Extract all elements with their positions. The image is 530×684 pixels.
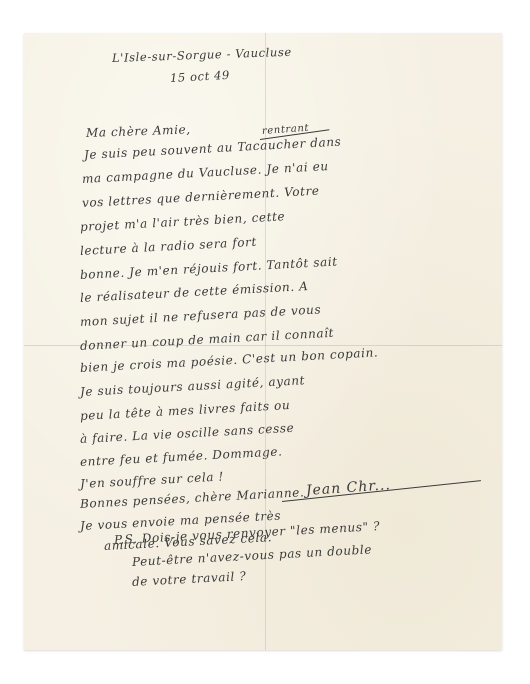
postscript-line: de votre travail ? <box>132 569 247 589</box>
letter-paper: L'Isle-sur-Sorgue - Vaucluse 15 oct 49 M… <box>24 33 502 650</box>
body-line: lecture à la radio sera fort <box>80 235 258 258</box>
signature: Jean Chr... <box>305 477 391 499</box>
body-line: bonne. Je m'en réjouis fort. Tantôt sait <box>80 255 338 282</box>
body-line: vos lettres que dernièrement. Votre <box>82 184 320 210</box>
body-line: projet m'a l'air très bien, cette <box>80 209 286 234</box>
body-line: ma campagne du Vaucluse. Je n'ai eu <box>82 159 329 186</box>
body-line: le réalisateur de cette émission. A <box>80 279 309 305</box>
body-line: mon sujet il ne refusera pas de vous <box>80 302 322 329</box>
body-line: J'en souffre sur cela ! <box>80 469 225 491</box>
body-line: Je suis toujours aussi agité, ayant <box>80 373 306 399</box>
body-line: peu la tête à mes livres faits ou <box>80 398 291 423</box>
body-line: à faire. La vie oscille sans cesse <box>80 421 295 446</box>
letter-date: 15 oct 49 <box>170 68 231 85</box>
salutation: Ma chère Amie, <box>86 122 191 140</box>
body-line: entre feu et fumée. Dommage. <box>80 444 283 469</box>
